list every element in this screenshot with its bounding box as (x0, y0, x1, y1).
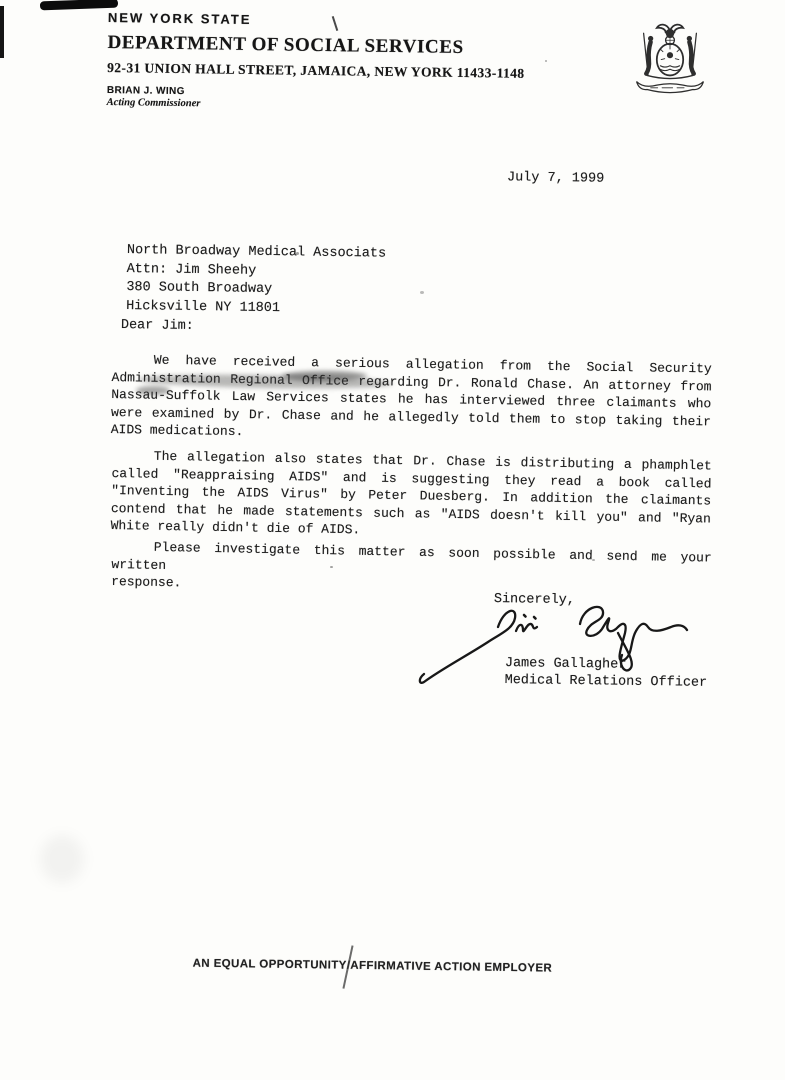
scan-speck (296, 252, 299, 255)
faint-smudge (40, 835, 84, 883)
salutation: Dear Jim: (121, 318, 194, 334)
scan-speck (330, 566, 333, 568)
signer-title: Medical Relations Officer (505, 672, 708, 692)
scan-artifact-edge (0, 6, 4, 58)
letter-date: July 7, 1999 (507, 170, 604, 186)
scanned-letter-page: NEW YORK STATE DEPARTMENT OF SOCIAL SERV… (0, 0, 785, 1080)
letterhead-state: NEW YORK STATE (108, 10, 526, 31)
body-paragraph-1: We have received a serious allegation fr… (111, 351, 712, 448)
letterhead-address: 92-31 UNION HALL STREET, JAMAICA, NEW YO… (107, 60, 525, 82)
letterhead: NEW YORK STATE DEPARTMENT OF SOCIAL SERV… (107, 10, 526, 114)
recipient-address-block: North Broadway Medical AssociatsAttn: Ji… (126, 242, 386, 320)
scan-speck (592, 559, 595, 561)
body-paragraph-3: Please investigate this matter as soon p… (111, 538, 712, 602)
ink-smudge (282, 371, 367, 381)
scan-artifact-blob (40, 0, 118, 10)
scan-speck (420, 291, 424, 294)
footer-eeo-statement: AN EQUAL OPPORTUNITY/AFFIRMATIVE ACTION … (150, 957, 595, 975)
signature-block: James Gallagher Medical Relations Office… (505, 655, 708, 692)
recipient-address-line: Hicksville NY 11801 (126, 297, 385, 319)
ink-smudge (136, 386, 170, 395)
body-paragraph-2: The allegation also states that Dr. Chas… (110, 447, 711, 545)
letterhead-department: DEPARTMENT OF SOCIAL SERVICES (107, 32, 525, 60)
ny-state-seal-icon (616, 20, 724, 108)
scan-speck (545, 60, 547, 62)
